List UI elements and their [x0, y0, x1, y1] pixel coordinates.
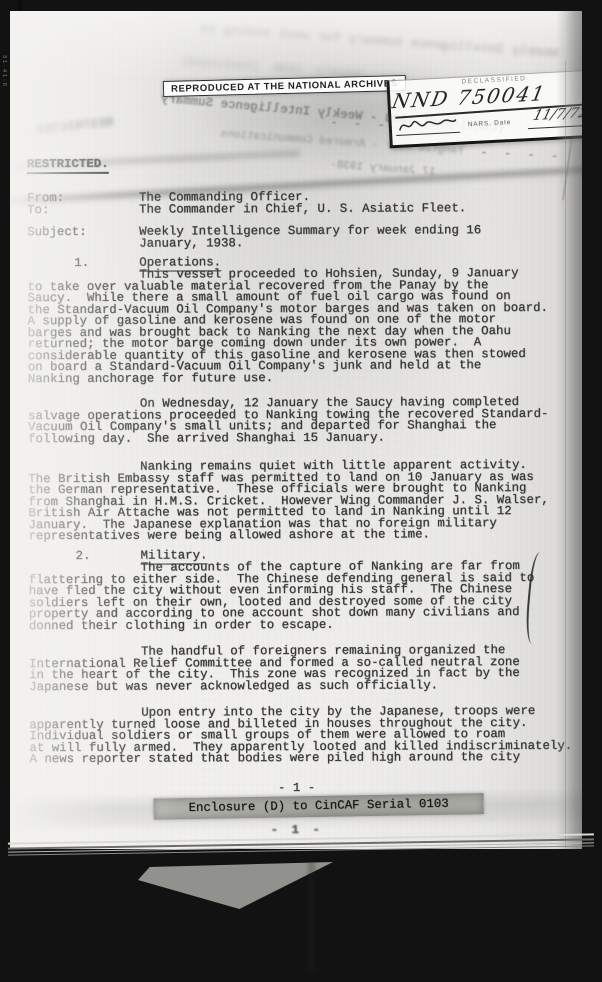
paragraph: The accounts of the capture of Nanking a… [29, 561, 535, 632]
enclosure-caption: Enclosure (D) to CinCAF Serial 0103 [153, 793, 483, 819]
background-streak [308, 861, 315, 973]
to-value: The Commander in Chief, U. S. Asiatic Fl… [139, 203, 466, 216]
letterhead-subject-row2: January, 1938. [27, 236, 567, 250]
typewritten-body: RESTRICTED. From: The Commanding Officer… [10, 11, 582, 849]
letterhead-to-row: To: The Commander in Chief, U. S. Asiati… [27, 202, 567, 216]
paragraph: Nanking remains quiet with little appare… [28, 460, 549, 543]
classification-marking: RESTRICTED. [27, 159, 109, 174]
document-scan: 31·41·6 Weekly Intelligence Summary for … [0, 0, 602, 982]
subject-label: Subject: [27, 227, 87, 239]
page-number: - 1 - [132, 782, 462, 795]
to-label: To: [27, 205, 49, 217]
section-number: 1. [74, 258, 89, 270]
underlying-sheet-corner [138, 861, 333, 911]
film-edge-marks: 31·41·6 [1, 55, 7, 88]
paragraph: This vessel proceeded to Hohsien, Sunday… [27, 268, 548, 385]
paragraph: Upon entry into the city by the Japanese… [29, 706, 572, 766]
paragraph: The handful of foreigners remaining orga… [29, 645, 520, 693]
subject-value-line2: January, 1938. [139, 238, 243, 250]
paragraph: On Wednesday, 12 January the Saucy havin… [28, 397, 549, 445]
page-number-bleed: - 1 - [132, 824, 462, 837]
scanner-background [8, 849, 594, 975]
section-number: 2. [76, 551, 91, 563]
document-page: Weekly Intelligence Summary for week end… [10, 11, 582, 849]
